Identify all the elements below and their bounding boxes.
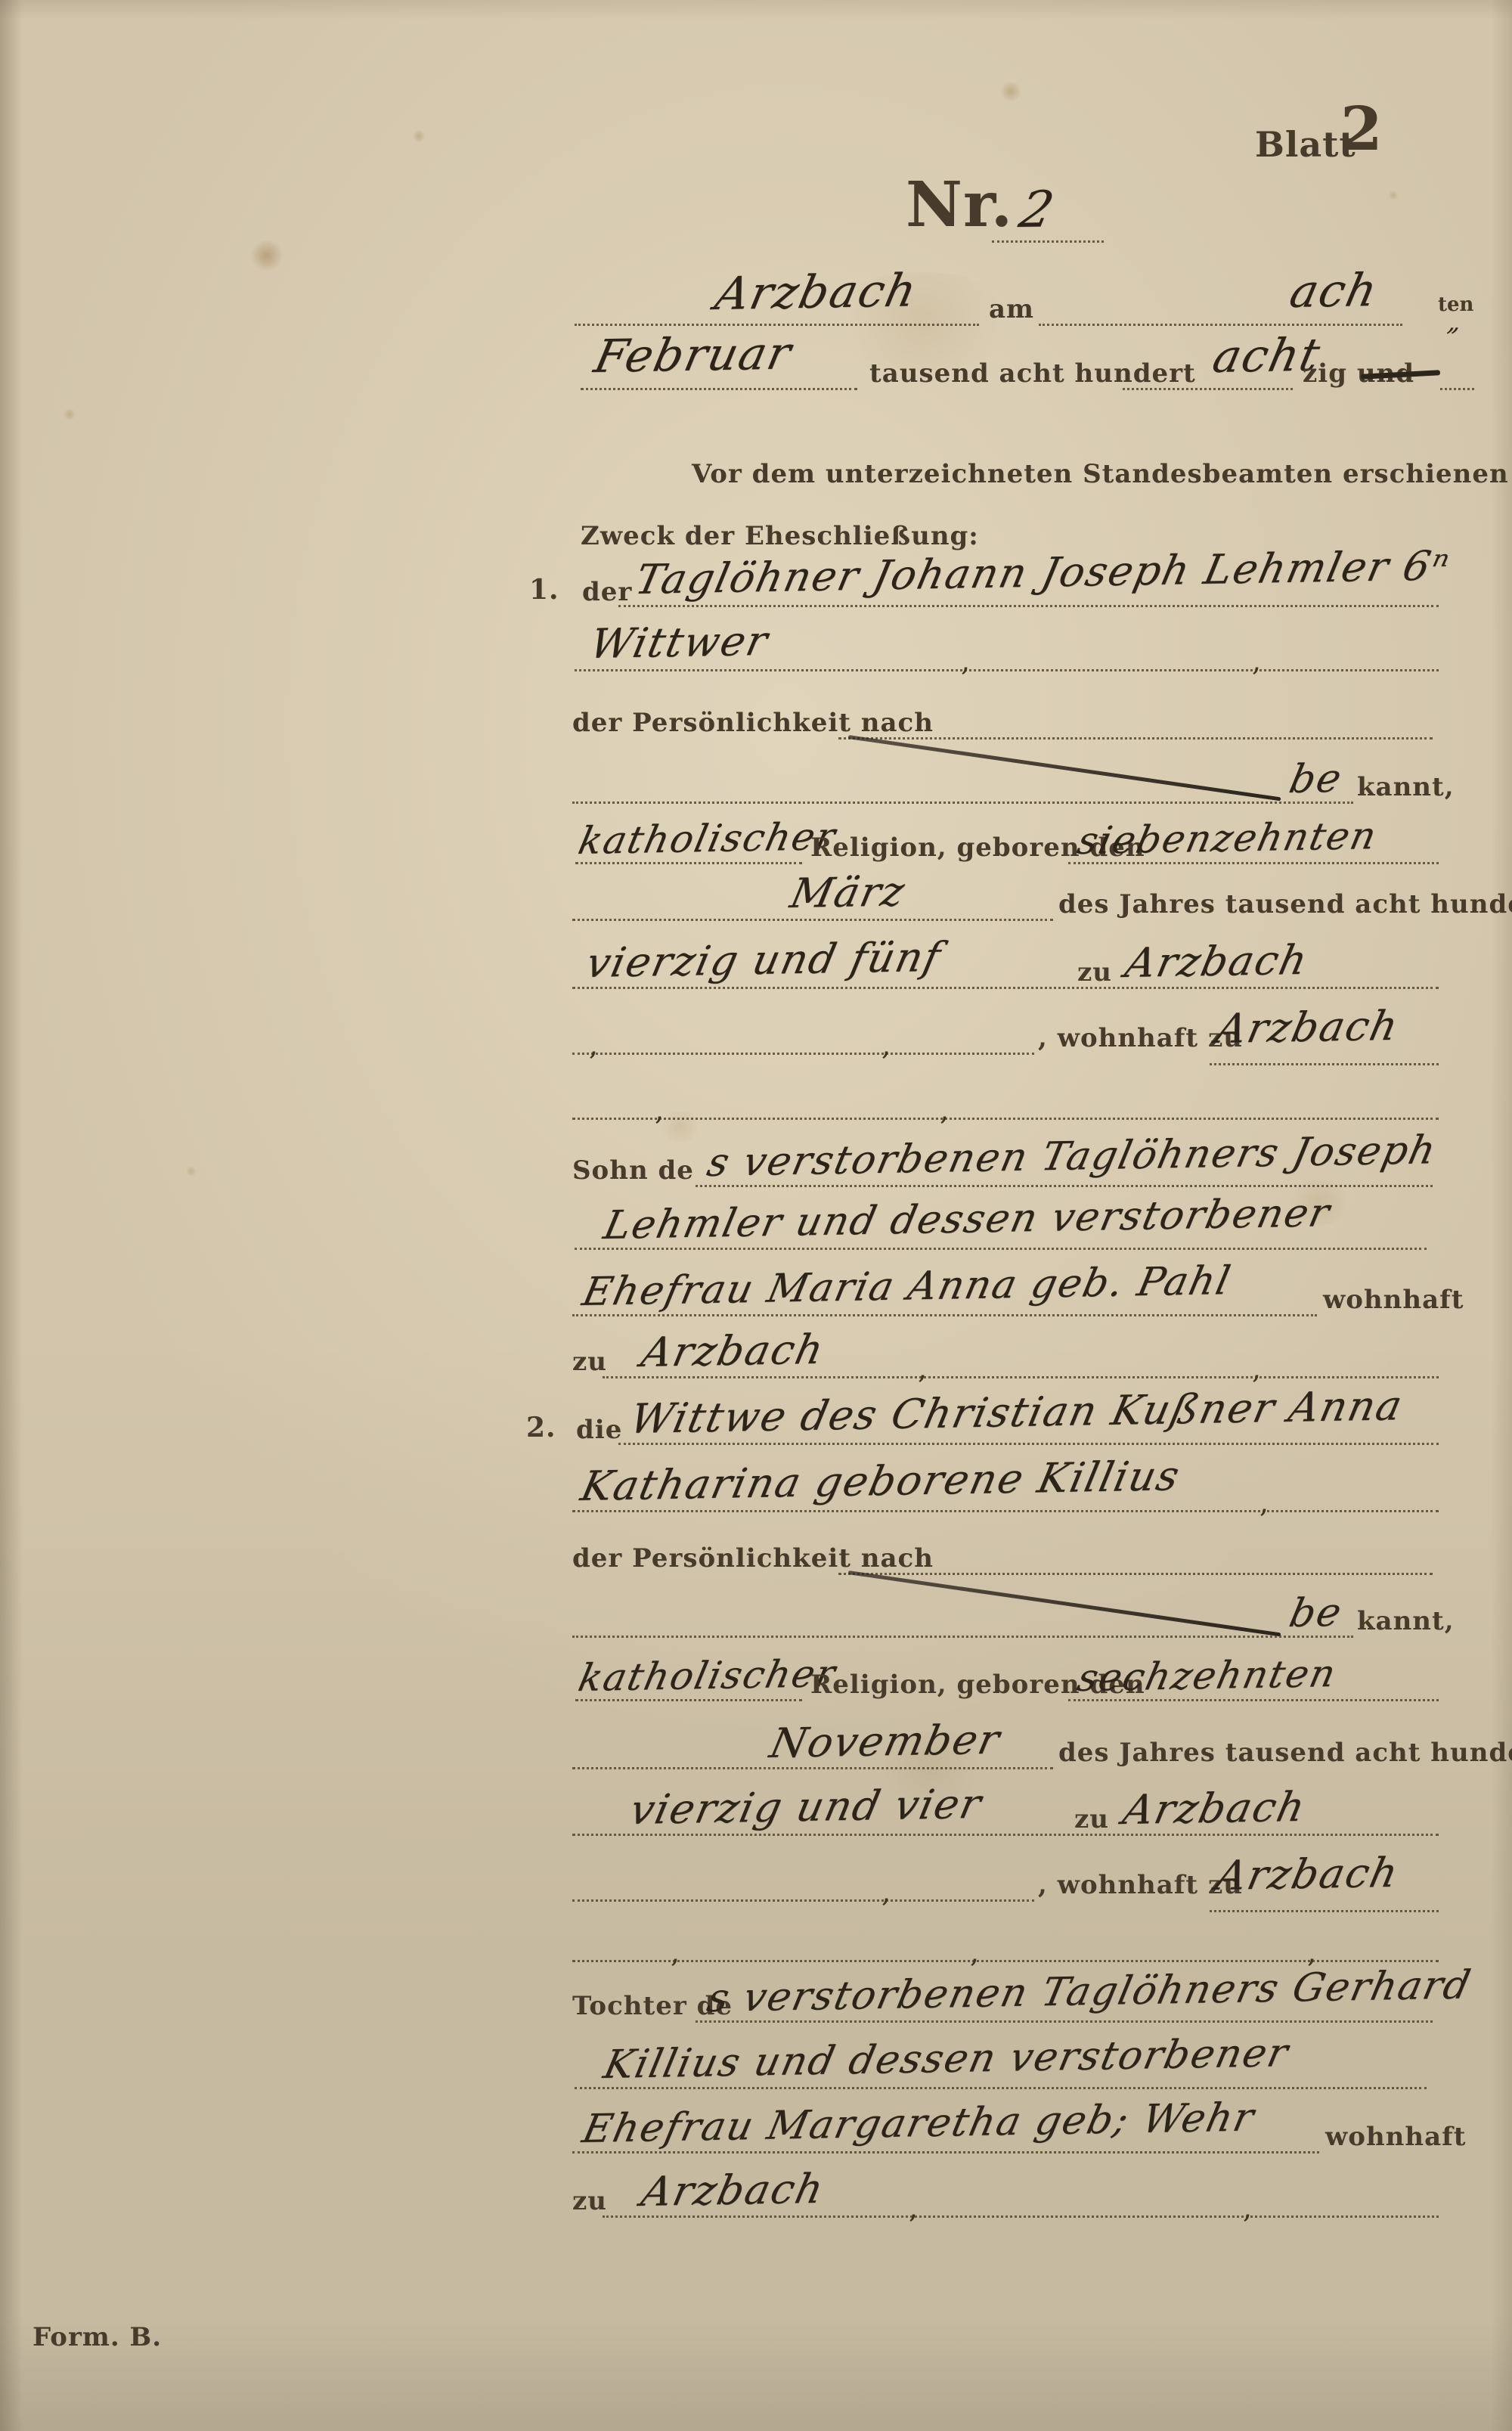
handwritten-day: ach <box>1285 265 1383 318</box>
document-page: Blatt 2 Nr. 2 Arzbach am ach ten „ Febru… <box>0 0 1512 2431</box>
dotted-rule <box>1210 1910 1439 1912</box>
handwritten-birth-month: November <box>766 1716 1005 1767</box>
comma-mark: , <box>1252 644 1261 678</box>
dotted-rule <box>572 1510 1439 1512</box>
lineage-label: Sohn de <box>572 1156 694 1186</box>
crossing-stroke <box>848 735 1281 801</box>
dotted-rule <box>1123 388 1293 390</box>
dotted-rule <box>1068 1699 1439 1701</box>
handwritten-bride-name-1: Wittwe des Christian Kußner Anna <box>626 1382 1408 1443</box>
handwritten-residence: Arzbach <box>1212 1850 1403 1899</box>
handwritten-lineage-2: Lehmler und dessen verstorbener <box>600 1191 1334 1248</box>
handwritten-birth-day: siebenzehnten <box>1074 814 1381 863</box>
handwritten-month: Februar <box>590 328 797 383</box>
dotted-rule <box>575 1699 802 1701</box>
handwritten-religion: katholischer <box>575 815 840 863</box>
handwritten-place: Arzbach <box>711 265 922 321</box>
dotted-rule <box>572 1899 1034 1902</box>
dotted-rule <box>572 1053 1034 1055</box>
jahres-label: des Jahres tausend acht hundert <box>1058 1738 1512 1768</box>
dotted-rule <box>581 388 857 390</box>
dotted-rule <box>838 1573 1433 1575</box>
dotted-rule <box>603 2215 1439 2218</box>
comma-mark: , <box>1259 1486 1269 1519</box>
fox-stain <box>64 408 76 420</box>
dotted-rule <box>572 1118 1439 1120</box>
handwritten-birth-day: sechzehnten <box>1074 1652 1340 1700</box>
dotted-rule <box>618 605 1439 607</box>
comma-mark: , <box>881 1875 891 1909</box>
am-label: am <box>989 295 1034 324</box>
handwritten-lineage-1: s verstorbenen Taglöhners Gerhard <box>703 1963 1475 2021</box>
dotted-rule <box>572 1314 1317 1316</box>
dotted-rule <box>992 240 1104 243</box>
item-number-1: 1. <box>529 575 559 606</box>
handwritten-birth-year: vierzig und fünf <box>582 934 946 987</box>
jahres-label: des Jahres tausend acht hundert <box>1058 890 1512 919</box>
dotted-rule <box>572 987 1439 989</box>
comma-mark: , <box>909 2191 918 2225</box>
dotted-rule <box>696 2020 1433 2023</box>
comma-mark: , <box>961 644 970 678</box>
handwritten-parents-residence: Arzbach <box>637 1326 829 1376</box>
comma-mark: , <box>671 1936 680 1969</box>
comma-mark: , <box>589 1028 598 1062</box>
dotted-rule <box>1068 862 1439 864</box>
handwritten-be: be <box>1285 1591 1346 1637</box>
handwritten-lineage-3: Ehefrau Maria Anna geb. Pahl <box>578 1259 1235 1316</box>
tausend-label: tausend acht hundert <box>869 359 1196 389</box>
dotted-rule <box>575 1248 1427 1250</box>
comma-mark: , <box>970 1936 979 1969</box>
handwritten-lineage-1: s verstorbenen Taglöhners Joseph <box>703 1128 1441 1186</box>
wohnhaft-label: wohnhaft <box>1323 1285 1464 1315</box>
fox-stain <box>186 1166 197 1177</box>
handwritten-lineage-3: Ehefrau Margaretha geb; Wehr <box>578 2096 1259 2153</box>
fox-stain <box>412 130 426 142</box>
comma-mark: , <box>918 1352 927 1385</box>
comma-mark: , <box>1252 1352 1261 1385</box>
handwritten-parents-residence: Arzbach <box>637 2166 829 2215</box>
intro-line-2: Zweck der Eheschließung: <box>581 522 979 551</box>
dotted-rule <box>572 802 1353 804</box>
comma-mark: , <box>1307 1936 1316 1969</box>
handwritten-record-number: 2 <box>1015 181 1060 239</box>
zu-label: zu <box>572 1347 607 1377</box>
dotted-rule <box>572 1636 1353 1638</box>
handwritten-bride-name-2: Katharina geborene Killius <box>577 1453 1185 1510</box>
dotted-rule <box>618 1443 1439 1445</box>
comma-mark: , <box>1243 2191 1252 2225</box>
dotted-rule <box>1039 324 1402 326</box>
identity-label: der Persönlichkeit nach <box>572 1544 934 1574</box>
comma-mark: , <box>655 1093 664 1127</box>
handwritten-be: be <box>1285 757 1346 803</box>
comma-mark: , <box>940 1093 949 1127</box>
zu-label: zu <box>1077 958 1112 988</box>
dotted-rule <box>696 1185 1433 1187</box>
dotted-rule <box>572 2151 1319 2153</box>
fox-stain <box>249 240 284 271</box>
identity-label: der Persönlichkeit nach <box>572 709 934 738</box>
dotted-rule <box>572 1834 1439 1836</box>
paper-smudge <box>658 1112 703 1142</box>
handwritten-birth-month: März <box>786 868 910 917</box>
dotted-rule <box>575 2087 1427 2089</box>
dotted-rule <box>572 919 1053 921</box>
dotted-rule <box>575 669 1439 671</box>
handwritten-religion: katholischer <box>575 1652 840 1700</box>
dotted-rule <box>572 1767 1053 1769</box>
dotted-rule <box>575 862 802 864</box>
handwritten-lineage-2: Killius und dessen verstorbener <box>600 2031 1293 2088</box>
dotted-rule <box>1440 388 1474 390</box>
dotted-rule <box>838 737 1433 740</box>
kannt-label: kannt, <box>1357 1607 1455 1636</box>
record-number-label: Nr. <box>906 169 1013 240</box>
intro-line-1: Vor dem unterzeichneten Standesbeamten e… <box>692 460 1512 489</box>
zu-label: zu <box>1074 1805 1109 1834</box>
article-label: der <box>582 578 632 607</box>
dotted-rule <box>1210 1063 1439 1065</box>
dotted-rule <box>575 324 979 326</box>
wohnhaft-label: wohnhaft <box>1325 2122 1466 2152</box>
fox-stain <box>999 82 1022 101</box>
handwritten-birth-year: vierzig und vier <box>626 1781 987 1834</box>
form-identifier: Form. B. <box>33 2323 162 2352</box>
sheet-number: 2 <box>1340 94 1383 163</box>
handwritten-residence: Arzbach <box>1212 1003 1403 1053</box>
handwritten-birth-place: Arzbach <box>1121 937 1312 987</box>
kannt-label: kannt, <box>1357 773 1455 802</box>
handwritten-birth-place: Arzbach <box>1119 1784 1310 1834</box>
crossing-stroke <box>848 1571 1281 1636</box>
comma-mark: , <box>881 1028 891 1062</box>
fox-stain <box>1388 191 1399 200</box>
handwritten-groom-status: Wittwer <box>586 618 773 668</box>
article-label: die <box>576 1415 622 1445</box>
handwritten-groom-name: Taglöhner Johann Joseph Lehmler 6ⁿ <box>631 542 1455 603</box>
item-number-2: 2. <box>526 1412 556 1443</box>
dotted-rule <box>603 1376 1439 1378</box>
zu-label: zu <box>572 2187 607 2216</box>
